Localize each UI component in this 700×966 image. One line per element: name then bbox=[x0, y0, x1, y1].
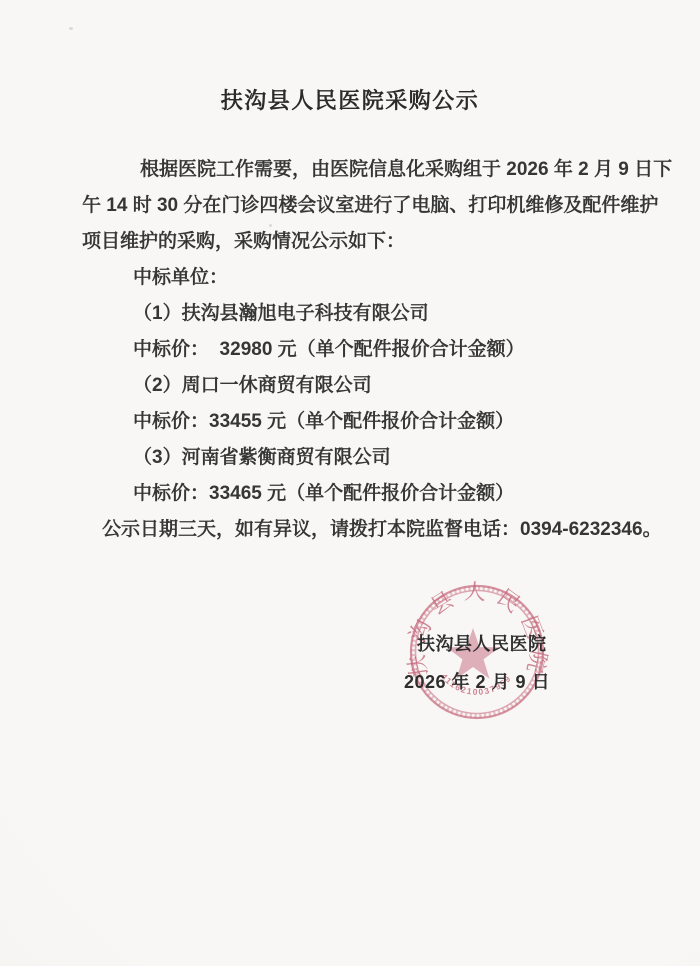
paragraph-line: 午 14 时 30 分在门诊四楼会议室进行了电脑、打印机维修及配件维护 bbox=[82, 188, 642, 224]
winner-2-price: 中标价：33455 元（单个配件报价合计金额） bbox=[82, 404, 642, 440]
paragraph-line: 根据医院工作需要，由医院信息化采购组于 2026 年 2 月 9 日下 bbox=[82, 152, 642, 188]
winner-2-name: （2）周口一休商贸有限公司 bbox=[82, 368, 642, 404]
signature-organization: 扶沟县人民医院 bbox=[417, 630, 547, 656]
winner-3-name: （3）河南省紫衡商贸有限公司 bbox=[82, 440, 642, 476]
winner-3-price: 中标价：33465 元（单个配件报价合计金额） bbox=[82, 476, 642, 512]
signature-date: 2026 年 2 月 9 日 bbox=[404, 668, 550, 694]
paragraph-line: 项目维护的采购，采购情况公示如下： bbox=[82, 224, 642, 260]
document-title-text: 扶沟县人民医院采购公示 bbox=[221, 88, 480, 113]
winner-1-price: 中标价： 32980 元（单个配件报价合计金额） bbox=[82, 332, 642, 368]
scan-speck bbox=[69, 27, 73, 30]
document-body: 根据医院工作需要，由医院信息化采购组于 2026 年 2 月 9 日下 午 14… bbox=[82, 152, 642, 548]
document-title: 扶沟县人民医院采购公示 bbox=[0, 84, 700, 115]
scanned-document-page: 扶沟县人民医院采购公示 根据医院工作需要，由医院信息化采购组于 2026 年 2… bbox=[0, 0, 700, 966]
winner-section-label: 中标单位： bbox=[82, 260, 642, 296]
winner-1-name: （1）扶沟县瀚旭电子科技有限公司 bbox=[82, 296, 642, 332]
supervision-phone-line: 公示日期三天，如有异议，请拨打本院监督电话：0394-6232346。 bbox=[82, 512, 642, 548]
